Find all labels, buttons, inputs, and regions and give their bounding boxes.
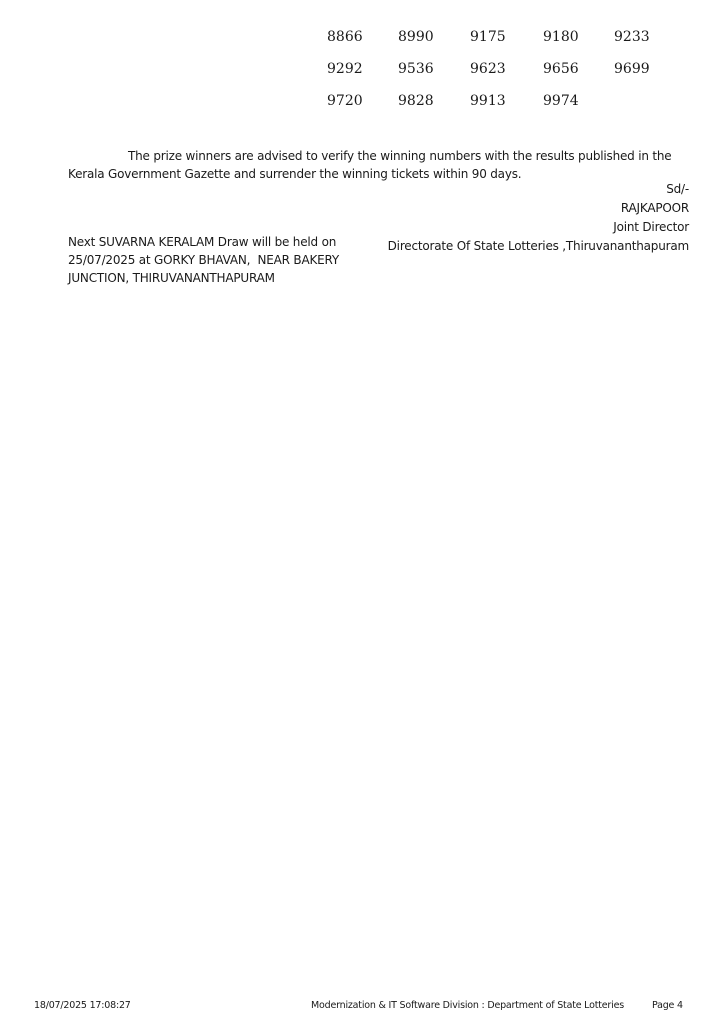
number-row: 9292 9536 9623 9656 9699 <box>327 59 667 91</box>
winning-number: 9974 <box>543 91 579 111</box>
winning-number: 9656 <box>543 59 579 79</box>
winning-number: 8990 <box>398 27 434 47</box>
winning-number: 9233 <box>614 27 650 47</box>
winning-number: 9828 <box>398 91 434 111</box>
winning-number: 9699 <box>614 59 650 79</box>
footer-page-number: Page 4 <box>652 1000 683 1011</box>
footer-division: Modernization & IT Software Division : D… <box>311 1000 624 1011</box>
signatory-office: Directorate Of State Lotteries ,Thiruvan… <box>388 237 689 256</box>
next-draw-line: JUNCTION, THIRUVANANTHAPURAM <box>68 269 338 287</box>
next-draw-notice: Next SUVARNA KERALAM Draw will be held o… <box>68 233 338 287</box>
signatory-name: RAJKAPOOR <box>388 199 689 218</box>
winning-number: 9913 <box>470 91 506 111</box>
next-draw-line: Next SUVARNA KERALAM Draw will be held o… <box>68 233 338 251</box>
winning-number: 8866 <box>327 27 363 47</box>
footer-timestamp: 18/07/2025 17:08:27 <box>34 1000 131 1011</box>
number-row: 8866 8990 9175 9180 9233 <box>327 27 667 59</box>
signature-sd: Sd/- <box>388 180 689 199</box>
signature-block: Sd/- RAJKAPOOR Joint Director Directorat… <box>388 180 689 256</box>
advice-paragraph: The prize winners are advised to verify … <box>68 147 688 183</box>
winning-numbers-grid: 8866 8990 9175 9180 9233 9292 9536 9623 … <box>327 27 667 123</box>
winning-number: 9175 <box>470 27 506 47</box>
next-draw-line: 25/07/2025 at GORKY BHAVAN, NEAR BAKERY <box>68 251 338 269</box>
advice-text: The prize winners are advised to verify … <box>68 149 671 181</box>
winning-number: 9623 <box>470 59 506 79</box>
winning-number: 9720 <box>327 91 363 111</box>
number-row: 9720 9828 9913 9974 <box>327 91 667 123</box>
winning-number: 9536 <box>398 59 434 79</box>
winning-number: 9180 <box>543 27 579 47</box>
signatory-designation: Joint Director <box>388 218 689 237</box>
winning-number: 9292 <box>327 59 363 79</box>
